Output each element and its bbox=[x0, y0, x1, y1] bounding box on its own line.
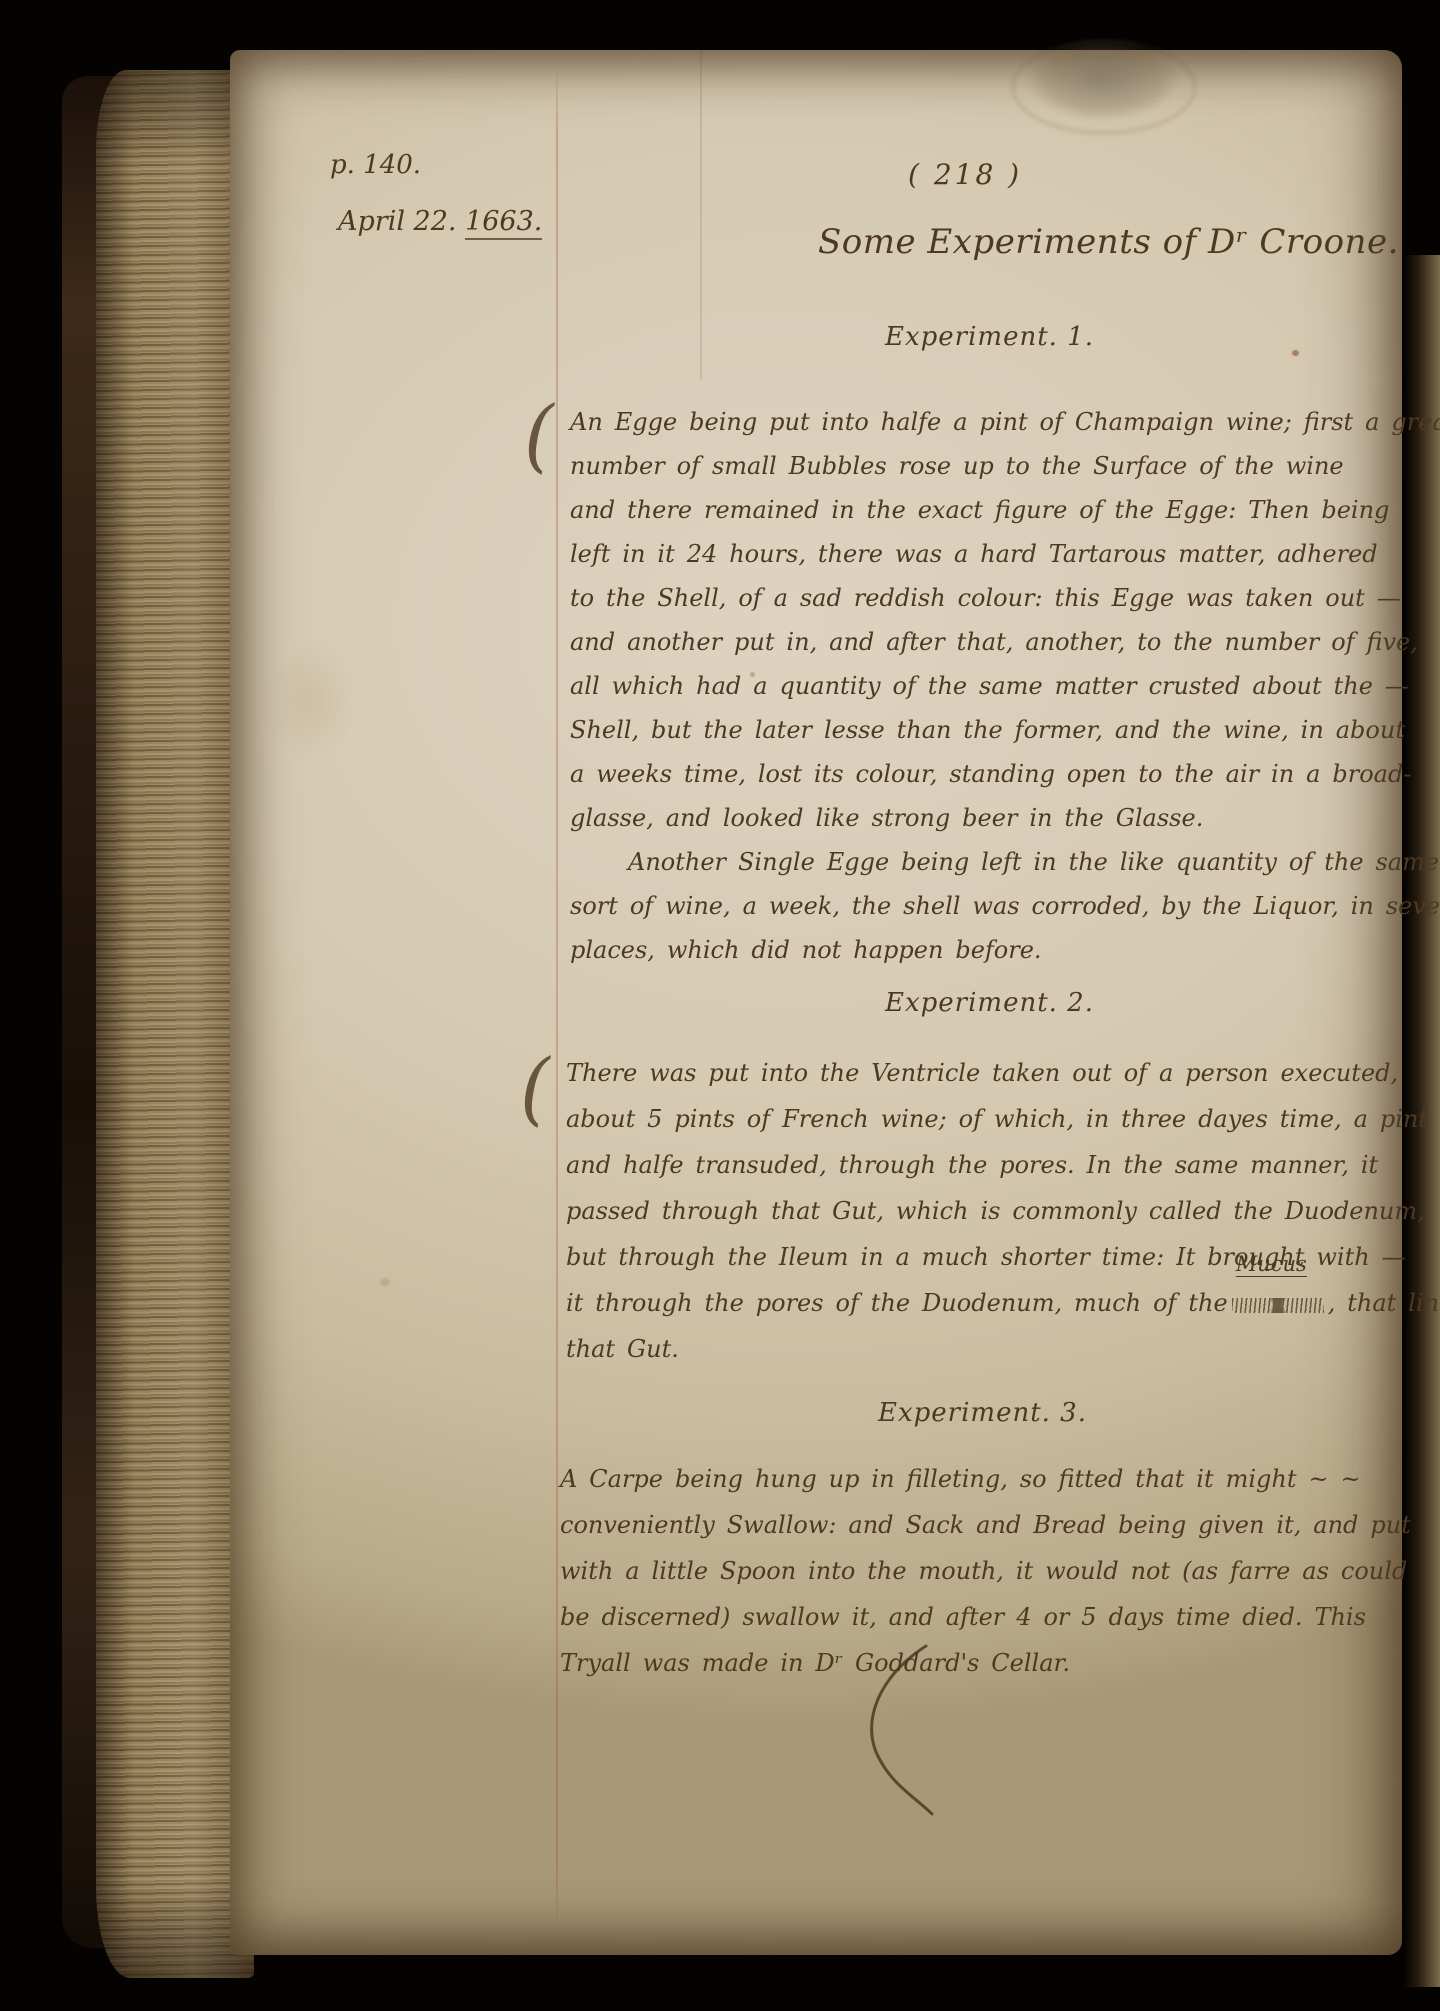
margin-rule-line bbox=[556, 58, 558, 1940]
manuscript-line: Tryall was made in Dʳ Goddard's Cellar. bbox=[560, 1640, 1411, 1686]
entry-date-year: 1663. bbox=[465, 206, 542, 240]
ink-speck bbox=[1292, 350, 1299, 356]
manuscript-line: a weeks time, lost its colour, standing … bbox=[570, 752, 1440, 796]
inserted-word: Mucus bbox=[1236, 1254, 1307, 1277]
manuscript-line: all which had a quantity of the same mat… bbox=[570, 664, 1440, 708]
manuscript-line: There was put into the Ventricle taken o… bbox=[566, 1050, 1440, 1096]
manuscript-line: that Gut. bbox=[566, 1326, 1440, 1372]
manuscript-line: and halfe transuded, through the pores. … bbox=[566, 1142, 1440, 1188]
experiment-2-paragraph: There was put into the Ventricle taken o… bbox=[566, 1050, 1440, 1372]
line-prefix: it through the pores of the Duodenum, mu… bbox=[566, 1289, 1228, 1317]
foxing-spot bbox=[380, 1278, 390, 1286]
manuscript-line: and there remained in the exact figure o… bbox=[570, 488, 1440, 532]
folio-number: p. 140. bbox=[330, 150, 421, 180]
experiment-2-heading: Experiment. 2. bbox=[885, 988, 1094, 1018]
manuscript-line: places, which did not happen before. bbox=[570, 928, 1440, 972]
manuscript-line: An Egge being put into halfe a pint of C… bbox=[570, 400, 1440, 444]
pen-flourish-icon bbox=[848, 1640, 938, 1820]
manuscript-line: Shell, but the later lesse than the form… bbox=[570, 708, 1440, 752]
manuscript-line: Another Single Egge being left in the li… bbox=[570, 840, 1440, 884]
experiment-3-heading: Experiment. 3. bbox=[878, 1398, 1087, 1428]
manuscript-page: p. 140. ( 218 ) April 22. 1663. Some Exp… bbox=[230, 50, 1402, 1955]
manuscript-line: but through the Ileum in a much shorter … bbox=[566, 1234, 1440, 1280]
scribal-correction: Mucus bbox=[1228, 1280, 1328, 1326]
manuscript-line: glasse, and looked like strong beer in t… bbox=[570, 796, 1440, 840]
manuscript-line: to the Shell, of a sad reddish colour: t… bbox=[570, 576, 1440, 620]
paper-stain-ring bbox=[1012, 40, 1196, 134]
experiment-1-paragraph: An Egge being put into halfe a pint of C… bbox=[570, 400, 1440, 972]
manuscript-line: about 5 pints of French wine; of which, … bbox=[566, 1096, 1440, 1142]
manuscript-line-with-correction: it through the pores of the Duodenum, mu… bbox=[566, 1280, 1440, 1326]
manuscript-line: left in it 24 hours, there was a hard Ta… bbox=[570, 532, 1440, 576]
page-title: Some Experiments of Dʳ Croone. bbox=[818, 222, 1399, 262]
struck-out-word bbox=[1232, 1298, 1324, 1313]
manuscript-line: passed through that Gut, which is common… bbox=[566, 1188, 1440, 1234]
experiment-1-heading: Experiment. 1. bbox=[885, 322, 1094, 352]
foxing-patch bbox=[246, 610, 376, 790]
entry-date-day: April 22. bbox=[338, 206, 465, 237]
manuscript-line: A Carpe being hung up in filleting, so f… bbox=[560, 1456, 1411, 1502]
manuscript-line: number of small Bubbles rose up to the S… bbox=[570, 444, 1440, 488]
paper-crease bbox=[700, 50, 702, 380]
entry-date: April 22. 1663. bbox=[338, 206, 542, 237]
manuscript-line: and another put in, and after that, anot… bbox=[570, 620, 1440, 664]
photograph-canvas: p. 140. ( 218 ) April 22. 1663. Some Exp… bbox=[0, 0, 1440, 2011]
manuscript-line: sort of wine, a week, the shell was corr… bbox=[570, 884, 1440, 928]
paragraph-bracket: ( bbox=[520, 1041, 550, 1134]
experiment-3-paragraph: A Carpe being hung up in filleting, so f… bbox=[560, 1456, 1411, 1686]
page-number: ( 218 ) bbox=[908, 158, 1022, 191]
manuscript-line: with a little Spoon into the mouth, it w… bbox=[560, 1548, 1411, 1594]
line-suffix: , that lines bbox=[1328, 1289, 1440, 1317]
manuscript-line: be discerned) swallow it, and after 4 or… bbox=[560, 1594, 1411, 1640]
paragraph-bracket: ( bbox=[524, 388, 554, 481]
pen-flourish-icon bbox=[848, 1640, 938, 1825]
manuscript-line: conveniently Swallow: and Sack and Bread… bbox=[560, 1502, 1411, 1548]
